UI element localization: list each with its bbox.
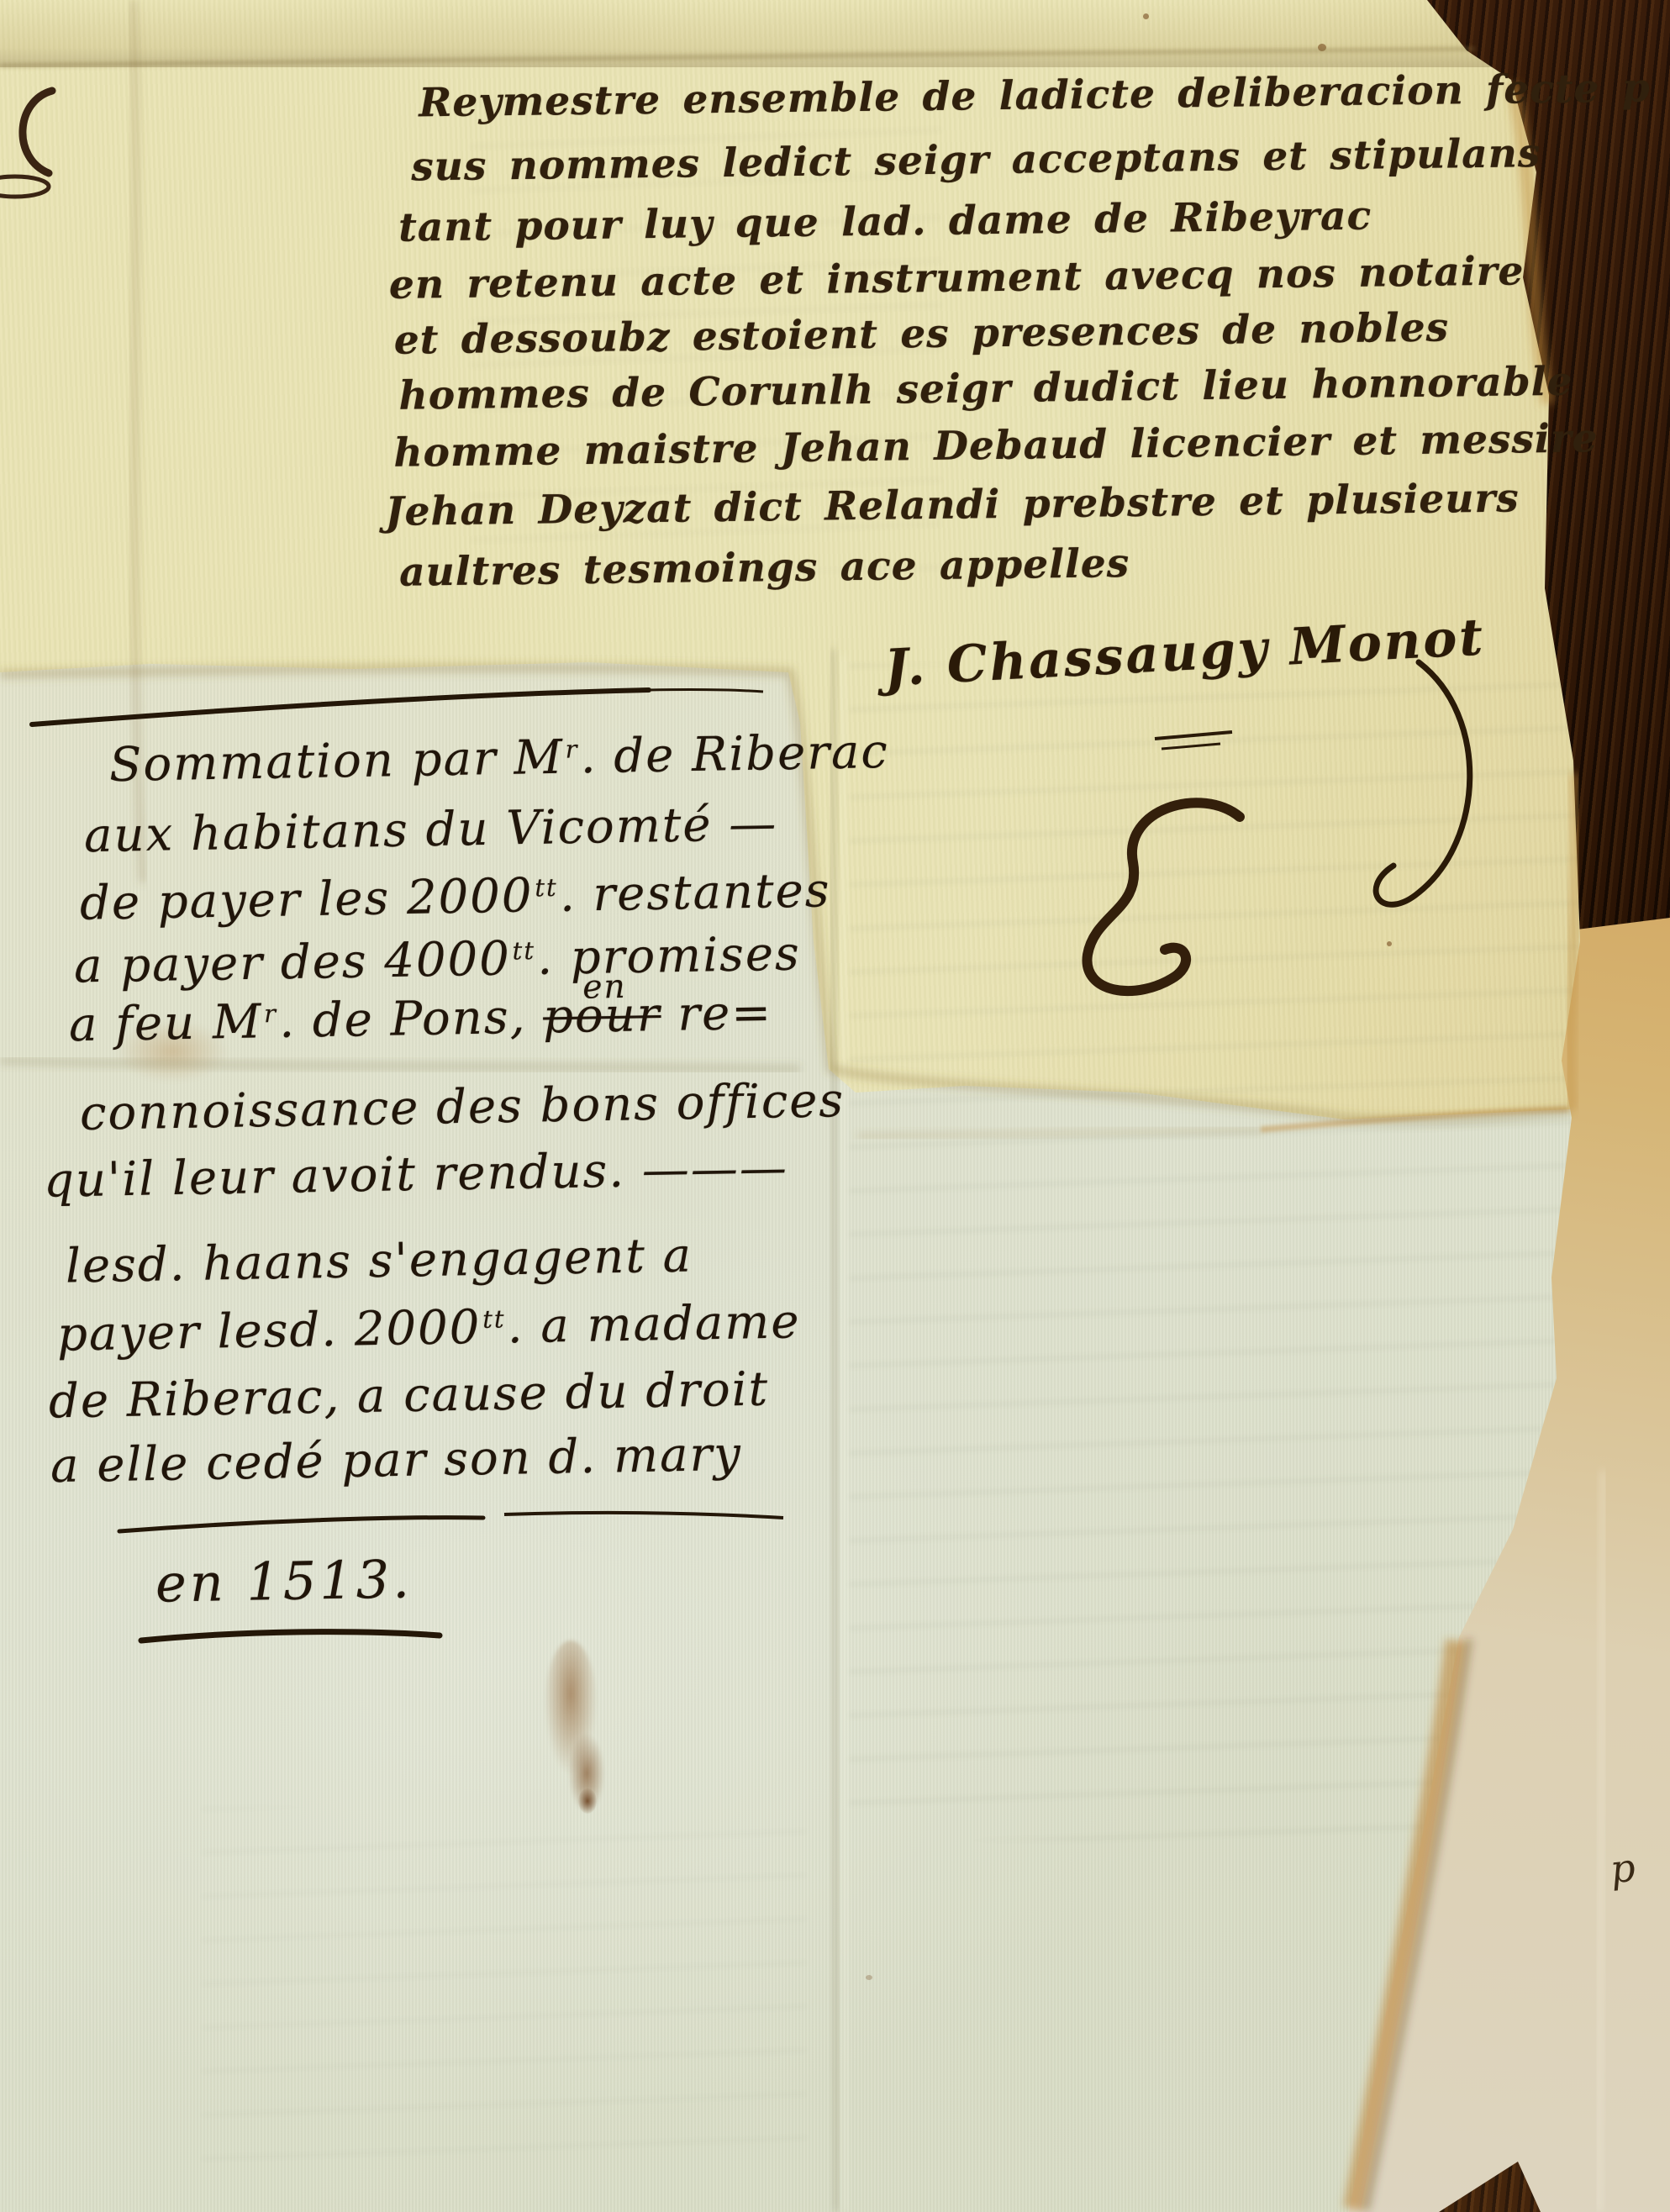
- annotation-text: a feu M: [68, 994, 262, 1052]
- superscript: tt: [482, 1304, 506, 1333]
- sheet-edge-discoloration: [1353, 1641, 1456, 2209]
- manuscript-photograph: Reymestre ensemble de ladicte deliberaci…: [0, 0, 1670, 2212]
- annotation-text: . de Riberac: [580, 724, 889, 784]
- signature-underline-dash: [1155, 732, 1232, 739]
- interlinear-word: en: [582, 968, 627, 1007]
- torn-edge-discoloration: [1570, 773, 1576, 1109]
- annotation-text: de payer les 2000: [80, 868, 535, 930]
- pen-rule-separator: [119, 1518, 483, 1531]
- pen-rule-above-annotation: [649, 690, 763, 692]
- annotation-text: . restantes: [559, 863, 831, 923]
- signature-tail-flourish: [1376, 662, 1470, 904]
- annotation-text: . de Pons,: [279, 989, 544, 1048]
- notary-paraph-flourish: [1087, 803, 1240, 991]
- superscript: r: [565, 735, 579, 763]
- annotation-text: . promises: [537, 926, 802, 985]
- under-sheet-crease: [1599, 1471, 1604, 2212]
- annotation-text: payer lesd. 2000: [57, 1300, 482, 1362]
- vertical-fold-highlight: [842, 656, 847, 2212]
- annotation-text: a payer des 4000: [73, 931, 511, 993]
- horizontal-fold-crease: [0, 1061, 800, 1069]
- annotation-text: . a madame: [507, 1294, 801, 1354]
- annotation-text: re=: [661, 986, 773, 1042]
- annotation-text: Sommation par M: [109, 730, 565, 793]
- top-fold-line: [0, 49, 1475, 66]
- annotation-line: lesd. haans s'engagent a: [65, 1228, 693, 1293]
- date-note: en 1513.: [155, 1548, 413, 1614]
- pen-rule-above-annotation: [32, 690, 649, 724]
- superscript: tt: [512, 936, 535, 965]
- superscript: tt: [535, 873, 558, 902]
- superscript: r: [264, 999, 278, 1028]
- signature-underline-dash: [1162, 744, 1220, 749]
- vertical-fold-crease: [832, 649, 837, 2212]
- margin-ink-mark: [23, 91, 52, 173]
- act-line: aultres tesmoings ace appelles: [399, 540, 1130, 596]
- pen-rule-separator: [504, 1513, 783, 1518]
- horizontal-fold-crease: [857, 1130, 1261, 1136]
- interlinear-correction: enpour: [543, 987, 662, 1044]
- under-sheet-writing-fragment: p: [1608, 1845, 1637, 1893]
- margin-ink-oval: [0, 176, 49, 197]
- date-underline: [141, 1632, 440, 1641]
